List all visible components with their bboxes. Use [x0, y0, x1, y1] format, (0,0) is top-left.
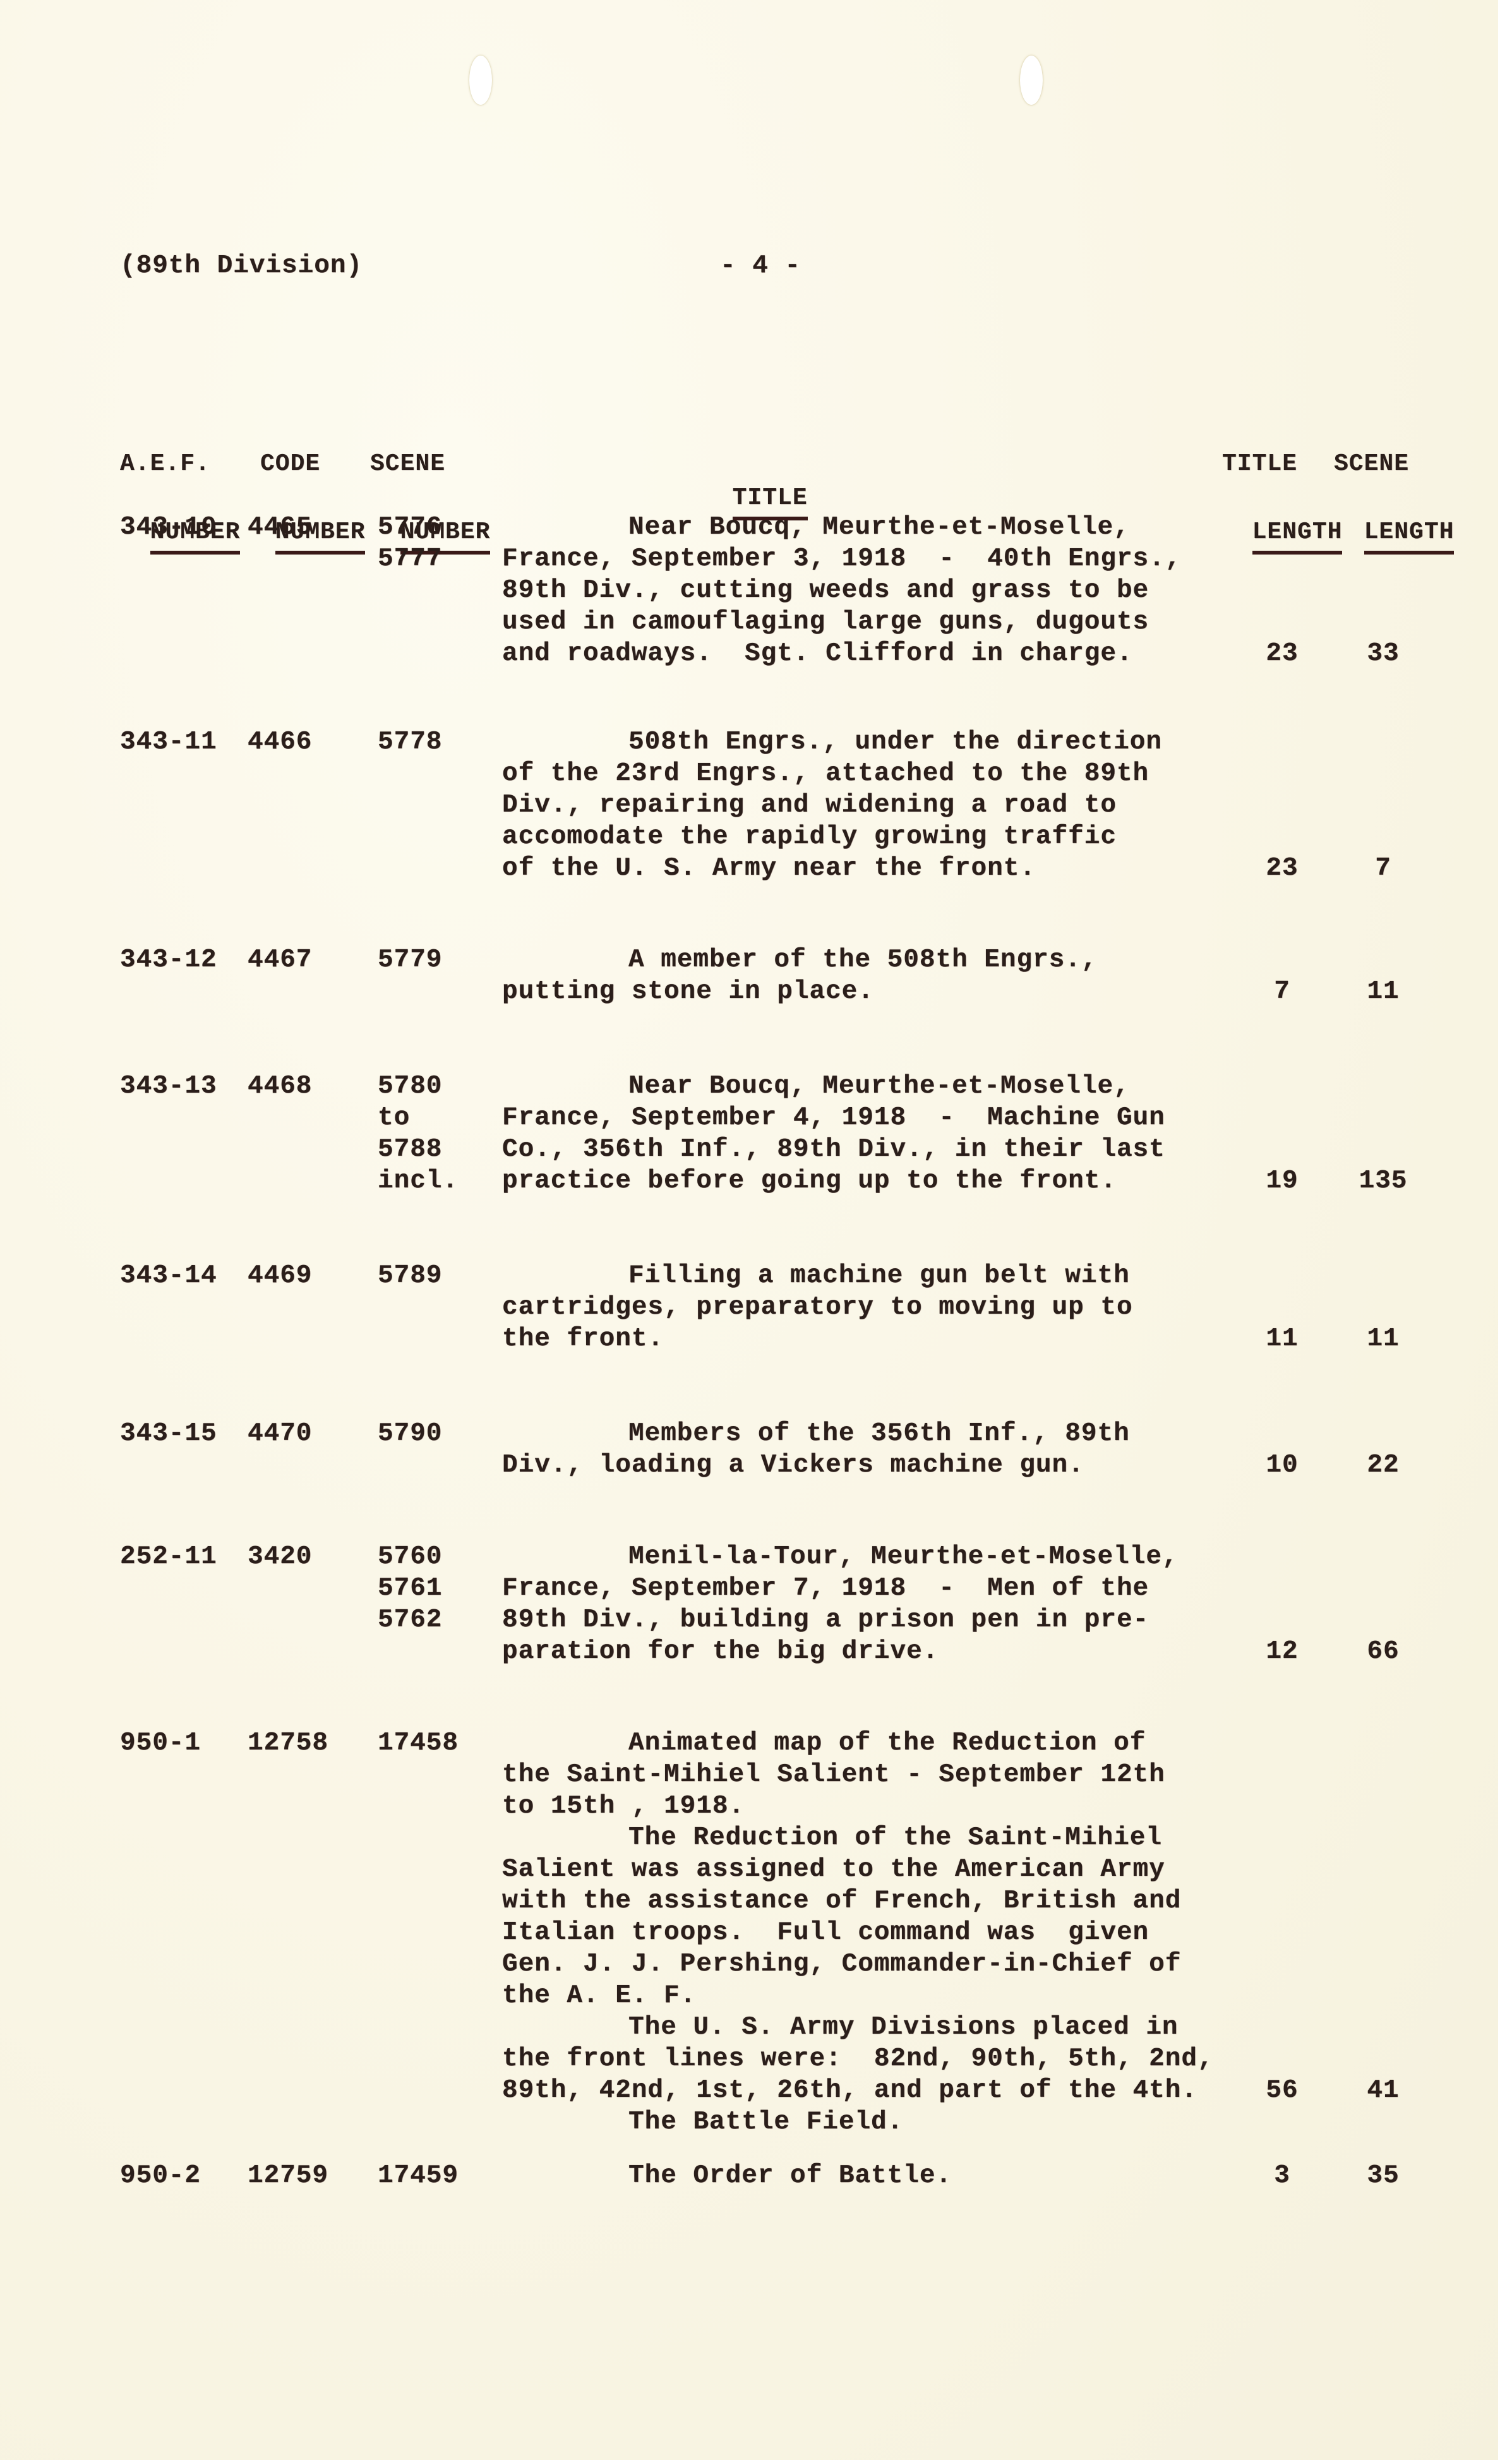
division-label: (89th Division) — [120, 251, 363, 280]
header-line: LENGTH — [1252, 515, 1343, 555]
code-number: 3420 — [248, 1541, 312, 1573]
code-number: 4468 — [248, 1071, 312, 1102]
scene-numbers: 5789 — [378, 1260, 442, 1292]
title-line: putting stone in place. — [502, 976, 1228, 1007]
scene-number: 5788 — [378, 1134, 459, 1165]
title-length: 23 — [1247, 853, 1317, 884]
header-title: TITLE — [702, 379, 808, 520]
title-line: the front lines were: 82nd, 90th, 5th, 2… — [502, 2043, 1228, 2075]
title-length: 12 — [1247, 1636, 1317, 1667]
title-line: the Saint-Mihiel Salient - September 12t… — [502, 1759, 1228, 1791]
title-line: Filling a machine gun belt with — [502, 1260, 1228, 1292]
scene-length: 22 — [1339, 1449, 1427, 1481]
aef-number: 343-13 — [120, 1071, 217, 1102]
title-line: A member of the 508th Engrs., — [502, 944, 1228, 976]
title-length: 7 — [1247, 976, 1317, 1007]
aef-number: 343-14 — [120, 1260, 217, 1292]
header-line: TITLE — [1222, 447, 1342, 481]
aef-number: 343-11 — [120, 726, 217, 758]
scene-length: 7 — [1339, 853, 1427, 884]
title-length: 11 — [1247, 1323, 1317, 1355]
title-line: Italian troops. Full command was given — [502, 1917, 1228, 1948]
title-line: France, September 7, 1918 - Men of the — [502, 1573, 1228, 1604]
title-line: paration for the big drive. — [502, 1636, 1228, 1667]
title-line: Gen. J. J. Pershing, Commander-in-Chief … — [502, 1948, 1228, 1980]
title-line: of the 23rd Engrs., attached to the 89th — [502, 758, 1228, 789]
aef-number: 343-15 — [120, 1418, 217, 1449]
header-line: SCENE — [370, 447, 490, 481]
page-number: - 4 - — [720, 251, 801, 280]
header-title-length: TITLE LENGTH — [1222, 379, 1342, 555]
title-line: The Order of Battle. — [502, 2160, 1228, 2192]
code-number: 4465 — [248, 512, 312, 543]
header-line: LENGTH — [1364, 515, 1455, 555]
scene-numbers: 57765777 — [378, 512, 442, 575]
title-line: The Battle Field. — [502, 2106, 1228, 2138]
scene-number: incl. — [378, 1165, 459, 1197]
title-line: 508th Engrs., under the direction — [502, 726, 1228, 758]
title-description: A member of the 508th Engrs.,putting sto… — [502, 944, 1228, 1007]
scene-number: 5777 — [378, 543, 442, 575]
title-line: Members of the 356th Inf., 89th — [502, 1418, 1228, 1449]
scene-length: 33 — [1339, 638, 1427, 669]
scene-numbers: 17458 — [378, 1727, 459, 1759]
title-description: Near Boucq, Meurthe-et-Moselle,France, S… — [502, 512, 1228, 669]
scene-length: 11 — [1339, 976, 1427, 1007]
title-description: The Order of Battle. — [502, 2160, 1228, 2192]
header-scene-length: SCENE LENGTH — [1334, 379, 1454, 555]
title-line: France, September 3, 1918 - 40th Engrs., — [502, 543, 1228, 575]
title-line: The Reduction of the Saint-Mihiel — [502, 1822, 1228, 1854]
scene-numbers: 5780to5788incl. — [378, 1071, 459, 1197]
code-number: 4467 — [248, 944, 312, 976]
aef-number: 950-2 — [120, 2160, 201, 2192]
scene-numbers: 5779 — [378, 944, 442, 976]
code-number: 4470 — [248, 1418, 312, 1449]
punch-hole — [1020, 56, 1043, 105]
title-line: accomodate the rapidly growing traffic — [502, 821, 1228, 853]
header-line: CODE — [245, 447, 365, 481]
scene-number: 5780 — [378, 1071, 459, 1102]
scene-number: 5760 — [378, 1541, 442, 1573]
title-line: Div., loading a Vickers machine gun. — [502, 1449, 1228, 1481]
title-line: 89th, 42nd, 1st, 26th, and part of the 4… — [502, 2075, 1228, 2106]
title-line: Salient was assigned to the American Arm… — [502, 1854, 1228, 1885]
scene-number: 5761 — [378, 1573, 442, 1604]
title-description: Near Boucq, Meurthe-et-Moselle,France, S… — [502, 1071, 1228, 1197]
code-number: 12759 — [248, 2160, 328, 2192]
page-edge — [1498, 0, 1512, 2460]
punch-hole — [469, 56, 492, 105]
code-number: 4466 — [248, 726, 312, 758]
title-length: 23 — [1247, 638, 1317, 669]
scene-numbers: 576057615762 — [378, 1541, 442, 1636]
title-description: Filling a machine gun belt withcartridge… — [502, 1260, 1228, 1355]
scene-length: 66 — [1339, 1636, 1427, 1667]
title-line: 89th Div., cutting weeds and grass to be — [502, 575, 1228, 606]
title-description: 508th Engrs., under the directionof the … — [502, 726, 1228, 884]
header-line: A.E.F. — [120, 447, 240, 481]
scene-numbers: 5790 — [378, 1418, 442, 1449]
scene-length: 41 — [1339, 2075, 1427, 2106]
title-line: Div., repairing and widening a road to — [502, 789, 1228, 821]
title-line: and roadways. Sgt. Clifford in charge. — [502, 638, 1228, 669]
scene-number: 5789 — [378, 1260, 442, 1292]
title-description: Members of the 356th Inf., 89thDiv., loa… — [502, 1418, 1228, 1481]
title-line: 89th Div., building a prison pen in pre- — [502, 1604, 1228, 1636]
scene-number: to — [378, 1102, 459, 1134]
scene-numbers: 5778 — [378, 726, 442, 758]
scene-number: 5778 — [378, 726, 442, 758]
title-line: used in camouflaging large guns, dugouts — [502, 606, 1228, 638]
scene-number: 5776 — [378, 512, 442, 543]
title-line: Menil-la-Tour, Meurthe-et-Moselle, — [502, 1541, 1228, 1573]
title-length: 19 — [1247, 1165, 1317, 1197]
title-line: France, September 4, 1918 - Machine Gun — [502, 1102, 1228, 1134]
title-description: Animated map of the Reduction ofthe Sain… — [502, 1727, 1228, 2138]
title-line: with the assistance of French, British a… — [502, 1885, 1228, 1917]
code-number: 4469 — [248, 1260, 312, 1292]
aef-number: 343-10 — [120, 512, 217, 543]
scene-number: 5762 — [378, 1604, 442, 1636]
title-line: of the U. S. Army near the front. — [502, 853, 1228, 884]
title-line: cartridges, preparatory to moving up to — [502, 1292, 1228, 1323]
scene-number: 5779 — [378, 944, 442, 976]
title-line: Near Boucq, Meurthe-et-Moselle, — [502, 1071, 1228, 1102]
title-line: Near Boucq, Meurthe-et-Moselle, — [502, 512, 1228, 543]
scene-length: 135 — [1339, 1165, 1427, 1197]
title-line: the front. — [502, 1323, 1228, 1355]
aef-number: 343-12 — [120, 944, 217, 976]
title-description: Menil-la-Tour, Meurthe-et-Moselle,France… — [502, 1541, 1228, 1667]
title-length: 56 — [1247, 2075, 1317, 2106]
header-line: SCENE — [1334, 447, 1454, 481]
title-length: 10 — [1247, 1449, 1317, 1481]
title-line: The U. S. Army Divisions placed in — [502, 2012, 1228, 2043]
title-line: the A. E. F. — [502, 1980, 1228, 2012]
title-line: Co., 356th Inf., 89th Div., in their las… — [502, 1134, 1228, 1165]
code-number: 12758 — [248, 1727, 328, 1759]
title-length: 3 — [1247, 2160, 1317, 2192]
scene-number: 17459 — [378, 2160, 459, 2192]
aef-number: 950-1 — [120, 1727, 201, 1759]
scene-length: 11 — [1339, 1323, 1427, 1355]
title-line: practice before going up to the front. — [502, 1165, 1228, 1197]
scene-numbers: 17459 — [378, 2160, 459, 2192]
scene-number: 17458 — [378, 1727, 459, 1759]
aef-number: 252-11 — [120, 1541, 217, 1573]
scene-length: 35 — [1339, 2160, 1427, 2192]
title-line: to 15th , 1918. — [502, 1791, 1228, 1822]
title-line: Animated map of the Reduction of — [502, 1727, 1228, 1759]
scene-number: 5790 — [378, 1418, 442, 1449]
